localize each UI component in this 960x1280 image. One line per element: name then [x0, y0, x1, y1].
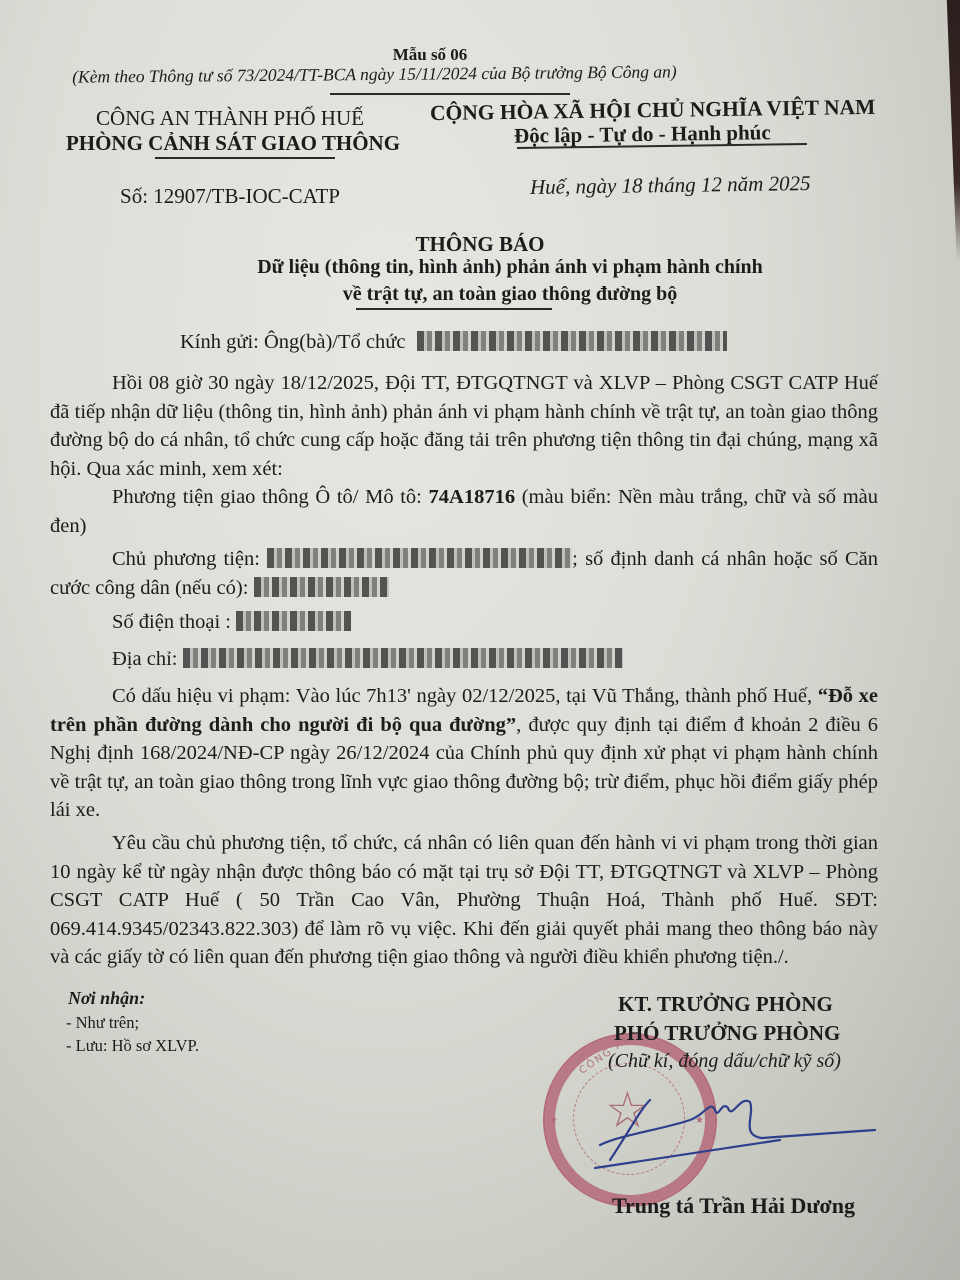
- signature-note: (Chữ kí, đóng dấu/chữ kỹ số): [608, 1050, 841, 1073]
- header-rule: [330, 93, 570, 95]
- signer-name: Trung tá Trần Hải Dương: [612, 1193, 855, 1219]
- recipients-item-2: - Lưu: Hồ sơ XLVP.: [66, 1036, 199, 1056]
- phone-redacted: [236, 611, 351, 631]
- notice-subtitle-2: về trật tự, an toàn giao thông đường bộ: [140, 283, 880, 306]
- issuer-agency: CÔNG AN THÀNH PHỐ HUẾ: [55, 106, 405, 131]
- address-redacted: [183, 648, 623, 668]
- attachment-note: (Kèm theo Thông tư số 73/2024/TT-BCA ngà…: [72, 43, 677, 69]
- handwritten-signature: [590, 1090, 890, 1180]
- signature-position: PHÓ TRƯỞNG PHÒNG: [614, 1021, 840, 1046]
- owner-paragraph: Chủ phương tiện: ; số định danh cá nhân …: [50, 545, 878, 602]
- notice-title: THÔNG BÁO: [280, 232, 680, 257]
- signature-on-behalf: KT. TRƯỞNG PHÒNG: [618, 992, 833, 1017]
- issuer-rule: [155, 157, 335, 159]
- recipient-label: Kính gửi: Ông(bà)/Tổ chức: [180, 331, 405, 353]
- address-line: Địa chỉ:: [112, 648, 623, 671]
- recipients-item-1: - Như trên;: [66, 1013, 139, 1033]
- owner-redacted: [267, 548, 572, 568]
- phone-line: Số điện thoại :: [112, 611, 351, 634]
- issuer-department: PHÒNG CẢNH SÁT GIAO THÔNG: [48, 131, 418, 156]
- intro-paragraph: Hồi 08 giờ 30 ngày 18/12/2025, Đội TT, Đ…: [50, 369, 878, 483]
- violation-paragraph: Có dấu hiệu vi phạm: Vào lúc 7h13' ngày …: [50, 682, 878, 825]
- license-plate: 74A18716: [429, 486, 516, 508]
- title-rule: [356, 308, 552, 310]
- document-number: Số: 12907/TB-IOC-CATP: [55, 184, 405, 209]
- notice-subtitle-1: Dữ liệu (thông tin, hình ảnh) phản ánh v…: [140, 256, 880, 279]
- recipient-line: Kính gửi: Ông(bà)/Tổ chức: [180, 331, 727, 354]
- recipient-redacted: [417, 331, 727, 351]
- id-redacted: [254, 577, 389, 597]
- place-date: Huế, ngày 18 tháng 12 năm 2025: [530, 171, 811, 200]
- request-paragraph: Yêu cầu chủ phương tiện, tổ chức, cá nhâ…: [50, 829, 878, 972]
- vehicle-paragraph: Phương tiện giao thông Ô tô/ Mô tô: 74A1…: [50, 483, 878, 540]
- recipients-label: Nơi nhận:: [68, 988, 145, 1009]
